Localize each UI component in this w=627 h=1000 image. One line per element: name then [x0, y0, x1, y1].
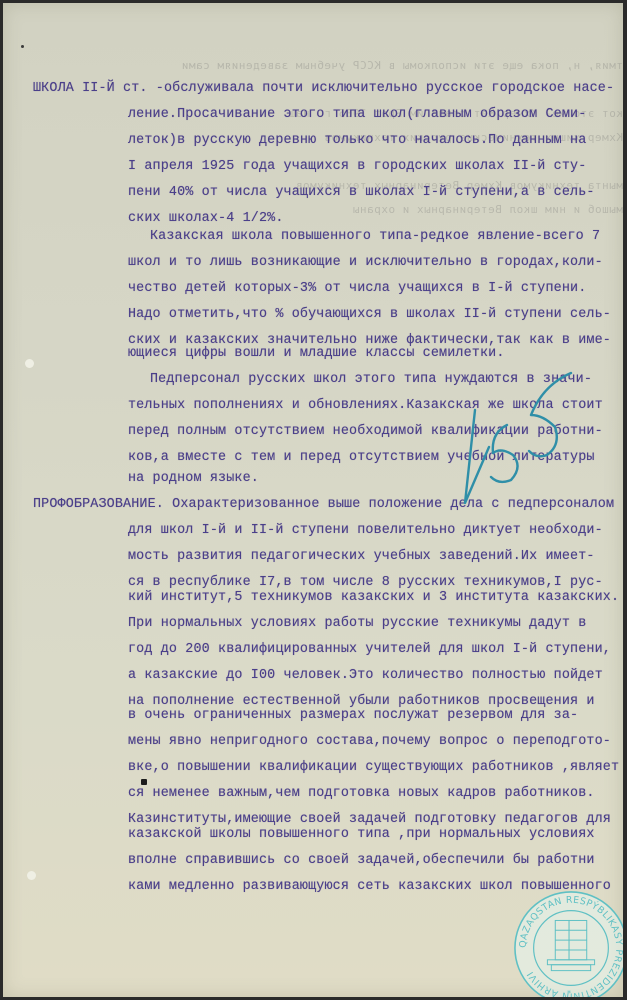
- typed-line: ление.Просачивание этого типа школ(главн…: [128, 107, 586, 122]
- typed-line: а казакские до I00 человек.Это количеств…: [128, 668, 603, 683]
- typed-line: пени 40% от числа учащихся в школах I-й …: [128, 185, 595, 200]
- typed-line: леток)в русскую деревню только что начал…: [128, 133, 586, 148]
- typed-line: казакской школы повышенного типа ,при но…: [128, 827, 595, 842]
- stamp-star: *: [567, 989, 571, 997]
- handwritten-page-number: [451, 355, 581, 505]
- archive-stamp: QAZAQSTAN RESPÝBLIKASY PREZIDENTINIŃ ARH…: [512, 889, 623, 997]
- typed-line: чество детей которых-3% от числа учащихс…: [128, 281, 586, 296]
- typed-line: ских школах-4 1/2%.: [128, 211, 284, 226]
- paper-mark: [141, 779, 147, 785]
- typed-line-heading-school: ШКОЛА II-Й ст. -обслуживала почти исключ…: [33, 81, 614, 96]
- typed-line: ющиеся цифры вошли и младшие классы семи…: [128, 346, 505, 361]
- typed-line: вполне справившись со своей задачей,обес…: [128, 853, 595, 868]
- typed-line: ся неменее важным,чем подготовка новых к…: [128, 786, 595, 801]
- typed-line: ся в республике I7,в том числе 8 русских…: [128, 575, 603, 590]
- typed-line: Казакская школа повышенного типа-редкое …: [150, 229, 600, 244]
- typed-line: в очень ограниченных размерах послужат р…: [128, 708, 578, 723]
- punch-hole-mark: [27, 871, 36, 880]
- paper-mark: [21, 45, 24, 48]
- bleed-through-line: мышоб и ним школ Ветеринарных и охраны: [3, 203, 623, 216]
- typed-line: мость развития педагогических учебных за…: [128, 549, 595, 564]
- punch-hole-mark: [25, 359, 34, 368]
- typed-line: на пополнение естественной убыли работни…: [128, 694, 595, 709]
- typed-line: кий институт,5 техникумов казакских и 3 …: [128, 590, 619, 605]
- typed-line: школ и то лишь возникающие и исключитель…: [128, 255, 603, 270]
- typed-line: Надо отметить,что % обучающихся в школах…: [128, 307, 611, 322]
- typed-line: мены явно непригодного состава,почему во…: [128, 734, 611, 749]
- document-page: тмия, н, пока еще эти исполкомы в КССР у…: [3, 3, 623, 997]
- typed-line: Казинституты,имеющие своей задачей подго…: [128, 812, 611, 827]
- typed-line: на родном языке.: [128, 471, 259, 486]
- typed-line: При нормальных условиях работы русские т…: [128, 616, 586, 631]
- bleed-through-line: тмия, н, пока еще эти исполкомы в КССР у…: [93, 59, 623, 72]
- typed-line: для школ I-й и II-й ступени повелительно…: [128, 523, 603, 538]
- typed-line: год до 200 квалифицированных учителей дл…: [128, 642, 611, 657]
- typed-line: I апреля 1925 года учащихся в городских …: [128, 159, 586, 174]
- typed-line: вке,о повышении квалификации существующи…: [128, 760, 619, 775]
